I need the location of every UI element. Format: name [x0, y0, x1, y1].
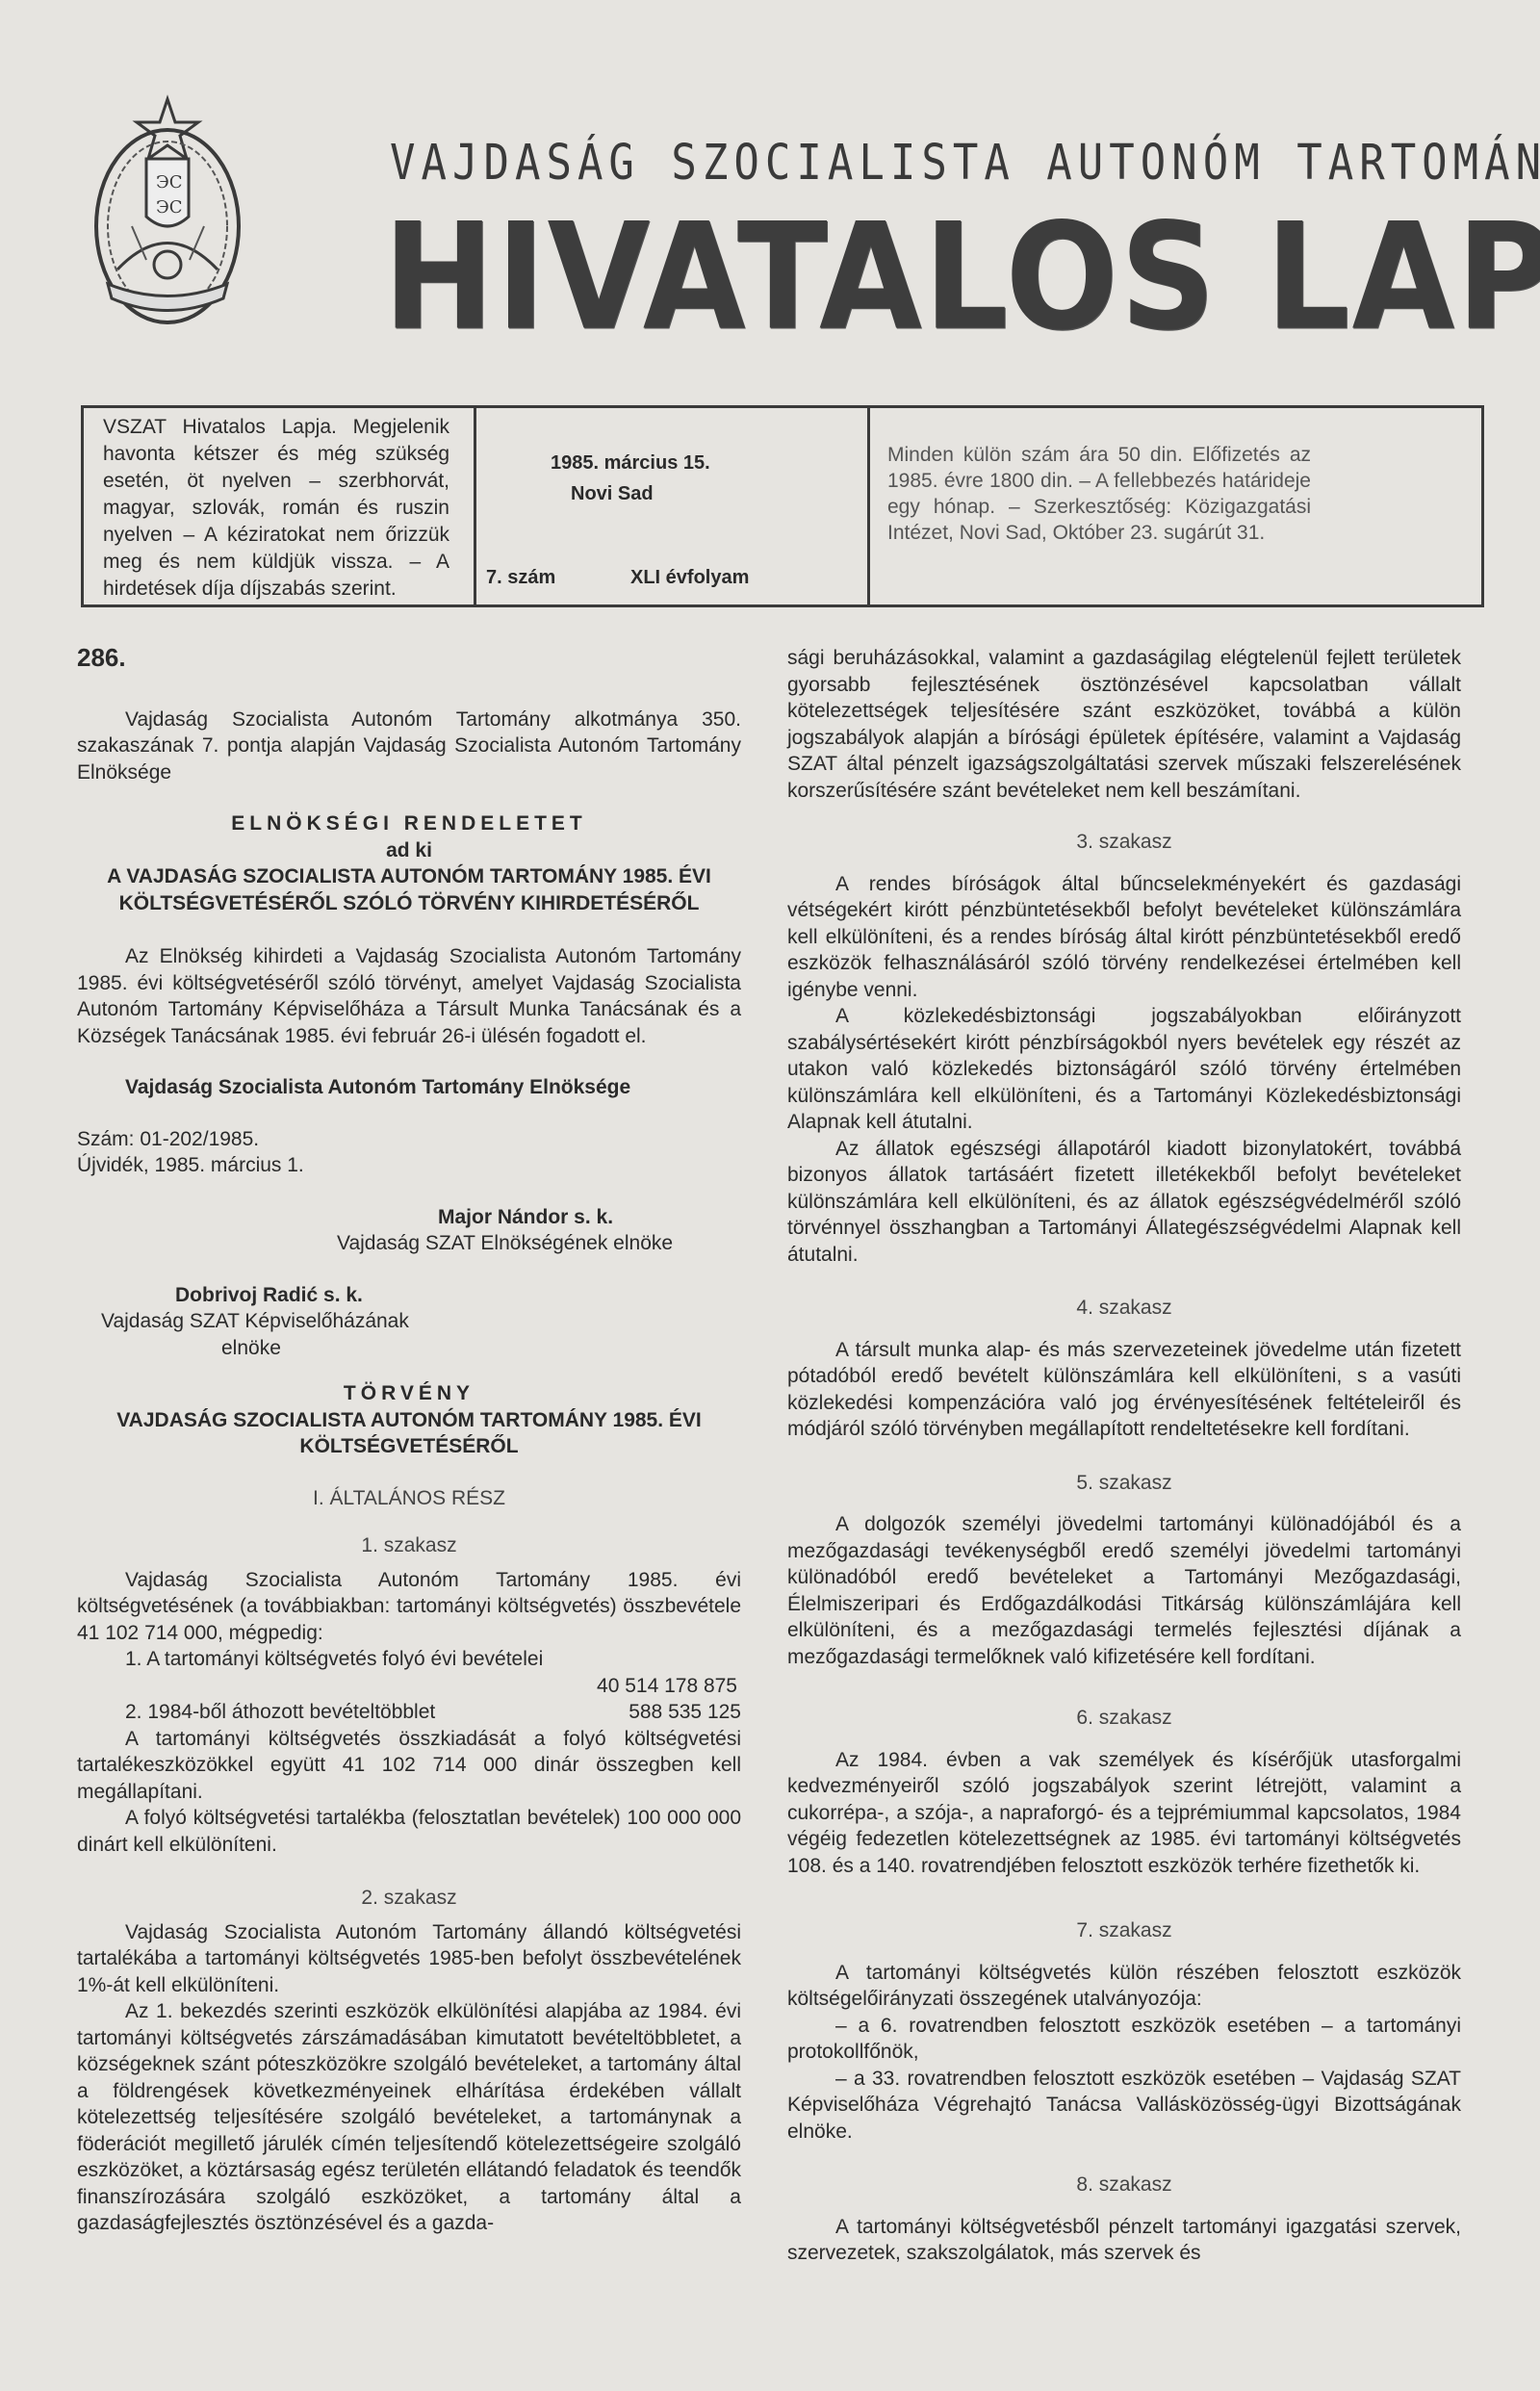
section-1-paragraph-2: A tartományi költségvetés összkiadását a…	[77, 1726, 741, 1806]
volume-number: XLI évfolyam	[630, 567, 749, 589]
section-5-paragraph-1: A dolgozók személyi jövedelmi tartományi…	[787, 1511, 1461, 1670]
section-2-continued: sági beruházásokkal, valamint a gazdaság…	[787, 645, 1461, 804]
subscription-text: Minden külön szám ára 50 din. Előfizetés…	[887, 442, 1311, 546]
left-column: 286. Vajdaság Szocialista Autonóm Tartom…	[77, 645, 741, 2237]
right-column: sági beruházásokkal, valamint a gazdaság…	[787, 645, 1461, 2267]
decree-heading: ELNÖKSÉGI RENDELETET	[77, 810, 741, 837]
law-title: VAJDASÁG SZOCIALISTA AUTONÓM TARTOMÁNY 1…	[77, 1407, 741, 1460]
law-heading: TÖRVÉNY	[77, 1380, 741, 1407]
masthead-subtitle: VAJDASÁG SZOCIALISTA AUTONÓM TARTOMÁNY	[390, 135, 1540, 192]
section-1-item-1-label: 1. A tartományi költségvetés folyó évi b…	[77, 1646, 741, 1673]
section-3-heading: 3. szakasz	[787, 829, 1461, 856]
section-1-item-2-label: 2. 1984-ből áthozott bevételtöbblet	[125, 1699, 435, 1726]
publication-terms-text: VSZAT Hivatalos Lapja. Megjelenik havont…	[103, 414, 449, 603]
subscription-info: Minden külön szám ára 50 din. Előfizetés…	[870, 408, 1481, 604]
issue-info: 1985. március 15. Novi Sad 7. szám XLI é…	[476, 408, 870, 604]
section-1-paragraph-1: Vajdaság Szocialista Autonóm Tartomány 1…	[77, 1567, 741, 1647]
section-8-heading: 8. szakasz	[787, 2172, 1461, 2198]
intro-paragraph: Vajdaság Szocialista Autonóm Tartomány a…	[77, 707, 741, 786]
signer2-name: Dobrivoj Radić s. k.	[175, 1282, 741, 1309]
part-heading: I. ÁLTALÁNOS RÉSZ	[77, 1485, 741, 1512]
publication-info-box: VSZAT Hivatalos Lapja. Megjelenik havont…	[81, 405, 1484, 607]
decree-ad-ki: ad ki	[77, 837, 741, 864]
section-6-paragraph-1: Az 1984. évben a vak személyek és kísérő…	[787, 1747, 1461, 1880]
gazette-page: ЭC ЭC VAJDASÁG SZOCIALISTA AUTONÓM TARTO…	[0, 0, 1540, 2391]
section-3-paragraph-3: Az állatok egészségi állapotáról kiadott…	[787, 1136, 1461, 1269]
section-1-item-2-amount: 588 535 125	[629, 1699, 741, 1726]
section-7-paragraph-2: – a 6. rovatrendben felosztott eszközök …	[787, 2013, 1461, 2066]
reference-number: Szám: 01-202/1985.	[77, 1126, 741, 1153]
section-3-paragraph-1: A rendes bíróságok által bűncselekmények…	[787, 871, 1461, 1004]
decree-body: Az Elnökség kihirdeti a Vajdaság Szocial…	[77, 943, 741, 1049]
section-7-paragraph-3: – a 33. rovatrendben felosztott eszközök…	[787, 2066, 1461, 2146]
masthead-title: HIVATALOS LAPJA	[383, 204, 1540, 351]
coat-of-arms-icon: ЭC ЭC	[89, 91, 247, 332]
signer2-title: Vajdaság SZAT Képviselőházának	[101, 1308, 741, 1335]
svg-text:ЭC: ЭC	[156, 172, 183, 193]
publication-terms: VSZAT Hivatalos Lapja. Megjelenik havont…	[84, 408, 476, 604]
section-1-heading: 1. szakasz	[77, 1532, 741, 1559]
section-5-heading: 5. szakasz	[787, 1470, 1461, 1497]
section-6-heading: 6. szakasz	[787, 1705, 1461, 1732]
section-1-item-2: 2. 1984-ből áthozott bevételtöbblet 588 …	[77, 1699, 741, 1726]
issue-city: Novi Sad	[571, 483, 654, 505]
issue-date: 1985. március 15.	[551, 452, 710, 475]
svg-text:ЭC: ЭC	[156, 197, 183, 218]
section-4-heading: 4. szakasz	[787, 1295, 1461, 1322]
item-number: 286.	[77, 645, 741, 672]
section-3-paragraph-2: A közlekedésbiztonsági jogszabályokban e…	[787, 1003, 1461, 1136]
section-7-heading: 7. szakasz	[787, 1917, 1461, 1944]
section-2-paragraph-1: Vajdaság Szocialista Autonóm Tartomány á…	[77, 1919, 741, 1999]
section-8-paragraph-1: A tartományi költségvetésből pénzelt tar…	[787, 2214, 1461, 2267]
section-2-paragraph-2: Az 1. bekezdés szerinti eszközök elkülön…	[77, 1998, 741, 2237]
section-2-heading: 2. szakasz	[77, 1885, 741, 1912]
reference-place-date: Újvidék, 1985. március 1.	[77, 1152, 741, 1179]
decree-title: A VAJDASÁG SZOCIALISTA AUTONÓM TARTOMÁNY…	[77, 863, 741, 916]
section-4-paragraph-1: A társult munka alap- és más szervezetei…	[787, 1337, 1461, 1443]
section-7-paragraph-1: A tartományi költségvetés külön részében…	[787, 1960, 1461, 2013]
section-1-item-1-amount: 40 514 178 875	[77, 1673, 741, 1700]
signer1-title: Vajdaság SZAT Elnökségének elnöke	[337, 1230, 741, 1257]
signer1-name: Major Nándor s. k.	[438, 1204, 741, 1231]
issuer: Vajdaság Szocialista Autonóm Tartomány E…	[125, 1074, 741, 1101]
issue-number: 7. szám	[486, 567, 555, 589]
signer2-title-cont: elnöke	[221, 1335, 741, 1362]
section-1-paragraph-3: A folyó költségvetési tartalékba (felosz…	[77, 1805, 741, 1858]
